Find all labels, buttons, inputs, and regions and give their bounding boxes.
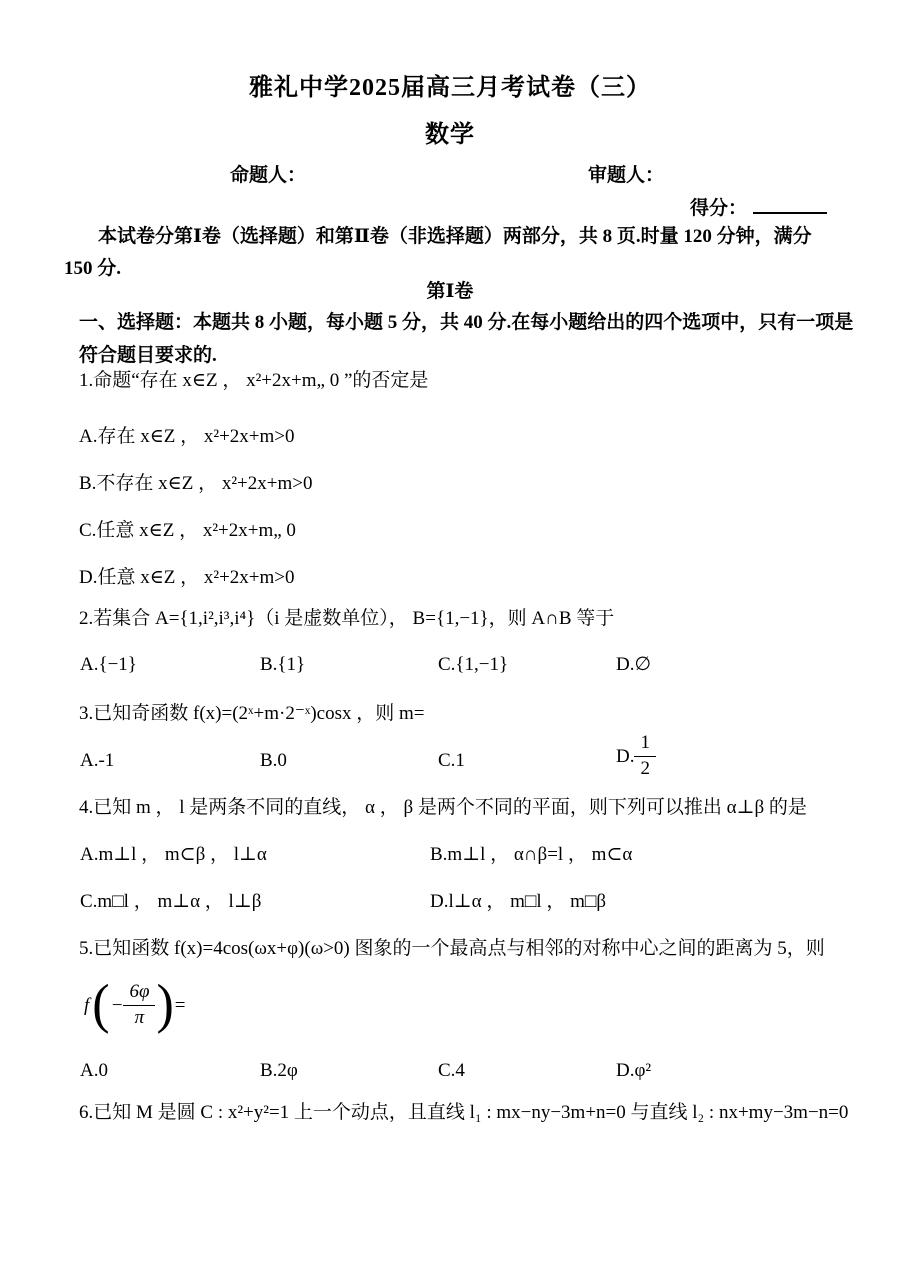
q5-stem: 5.已知函数 f(x)=4cos(ωx+φ)(ω>0) 图象的一个最高点与相邻的…: [79, 936, 825, 962]
q4-option-b: B.m⊥l ， α∩β=l ， m⊂α: [430, 842, 632, 868]
q4-option-a: A.m⊥l ， m⊂β ， l⊥α: [80, 842, 267, 868]
q5-option-d: D.φ²: [616, 1058, 651, 1084]
q5-function-name: f: [84, 993, 91, 1019]
intro-line-2: 150 分.: [64, 256, 121, 282]
q5-fraction-numerator: 6φ: [123, 982, 155, 1006]
q2-option-c: C.{1,−1}: [438, 652, 508, 678]
exam-paper-page: 雅礼中学2025届高三月考试卷（三） 数学 命题人： 审题人： 得分： 本试卷分…: [0, 0, 900, 1273]
intro-line-1: 本试卷分第Ⅰ卷（选择题）和第Ⅱ卷（非选择题）两部分，共 8 页.时量 120 分…: [98, 224, 812, 250]
q5-close-paren: ): [155, 981, 174, 1030]
q2-stem: 2.若集合 A={1,i²,i³,i⁴}（i 是虚数单位）， B={1,−1}，…: [79, 606, 614, 632]
subject-title: 数学: [0, 119, 900, 151]
q1-option-a: A.存在 x∈Z ， x²+2x+m>0: [79, 424, 295, 450]
q6-stem: 6.已知 M 是圆 C : x²+y²=1 上一个动点，且直线 l₁ : mx−…: [79, 1100, 848, 1126]
q2-option-d: D.∅: [616, 652, 651, 678]
q5-option-a: A.0: [80, 1058, 108, 1084]
part1-header: 第Ⅰ卷: [0, 279, 900, 305]
q5-open-paren: (: [91, 981, 110, 1030]
section1-line-1: 一、选择题：本题共 8 小题，每小题 5 分，共 40 分.在每小题给出的四个选…: [79, 310, 853, 336]
q5-option-b: B.2φ: [260, 1058, 298, 1084]
q1-option-c: C.任意 x∈Z ， x²+2x+m„ 0: [79, 518, 296, 544]
q2-option-a: A.{−1}: [80, 652, 137, 678]
score-row: 得分：: [690, 193, 827, 222]
page-title: 雅礼中学2025届高三月考试卷（三）: [0, 72, 900, 104]
section1-line-2: 符合题目要求的.: [79, 343, 217, 369]
setter-label: 命题人：: [230, 163, 306, 189]
q3-option-d-fraction: 1 2: [634, 733, 656, 780]
q3-fraction-numerator: 1: [634, 733, 656, 757]
q5-option-c: C.4: [438, 1058, 465, 1084]
q4-option-c: C.m□l ， m⊥α ， l⊥β: [80, 889, 261, 915]
q5-equals-sign: =: [175, 993, 186, 1019]
q3-option-d: D. 1 2: [616, 733, 656, 780]
q3-option-d-prefix: D.: [616, 744, 634, 770]
q5-expression: f ( − 6φ π ) =: [84, 982, 186, 1029]
q3-stem: 3.已知奇函数 f(x)=(2ˣ+m·2⁻ˣ)cosx ，则 m=: [79, 701, 425, 727]
q5-minus-sign: −: [111, 993, 124, 1019]
q3-option-a: A.-1: [80, 748, 114, 774]
q5-fraction-denominator: π: [135, 1006, 145, 1029]
q1-option-b: B.不存在 x∈Z ， x²+2x+m>0: [79, 471, 312, 497]
q4-stem: 4.已知 m ， l 是两条不同的直线， α ， β 是两个不同的平面，则下列可…: [79, 795, 807, 821]
q4-option-d: D.l⊥α ， m□l ， m□β: [430, 889, 606, 915]
q5-fraction: 6φ π: [123, 982, 155, 1029]
q1-stem: 1.命题“存在 x∈Z ， x²+2x+m„ 0 ”的否定是: [79, 368, 428, 394]
q2-option-b: B.{1}: [260, 652, 305, 678]
q3-option-c: C.1: [438, 748, 465, 774]
q1-option-d: D.任意 x∈Z ， x²+2x+m>0: [79, 565, 295, 591]
score-blank-line: [753, 193, 827, 214]
reviewer-label: 审题人：: [588, 163, 664, 189]
score-label: 得分：: [690, 198, 747, 219]
q3-option-b: B.0: [260, 748, 287, 774]
q3-fraction-denominator: 2: [640, 757, 650, 780]
